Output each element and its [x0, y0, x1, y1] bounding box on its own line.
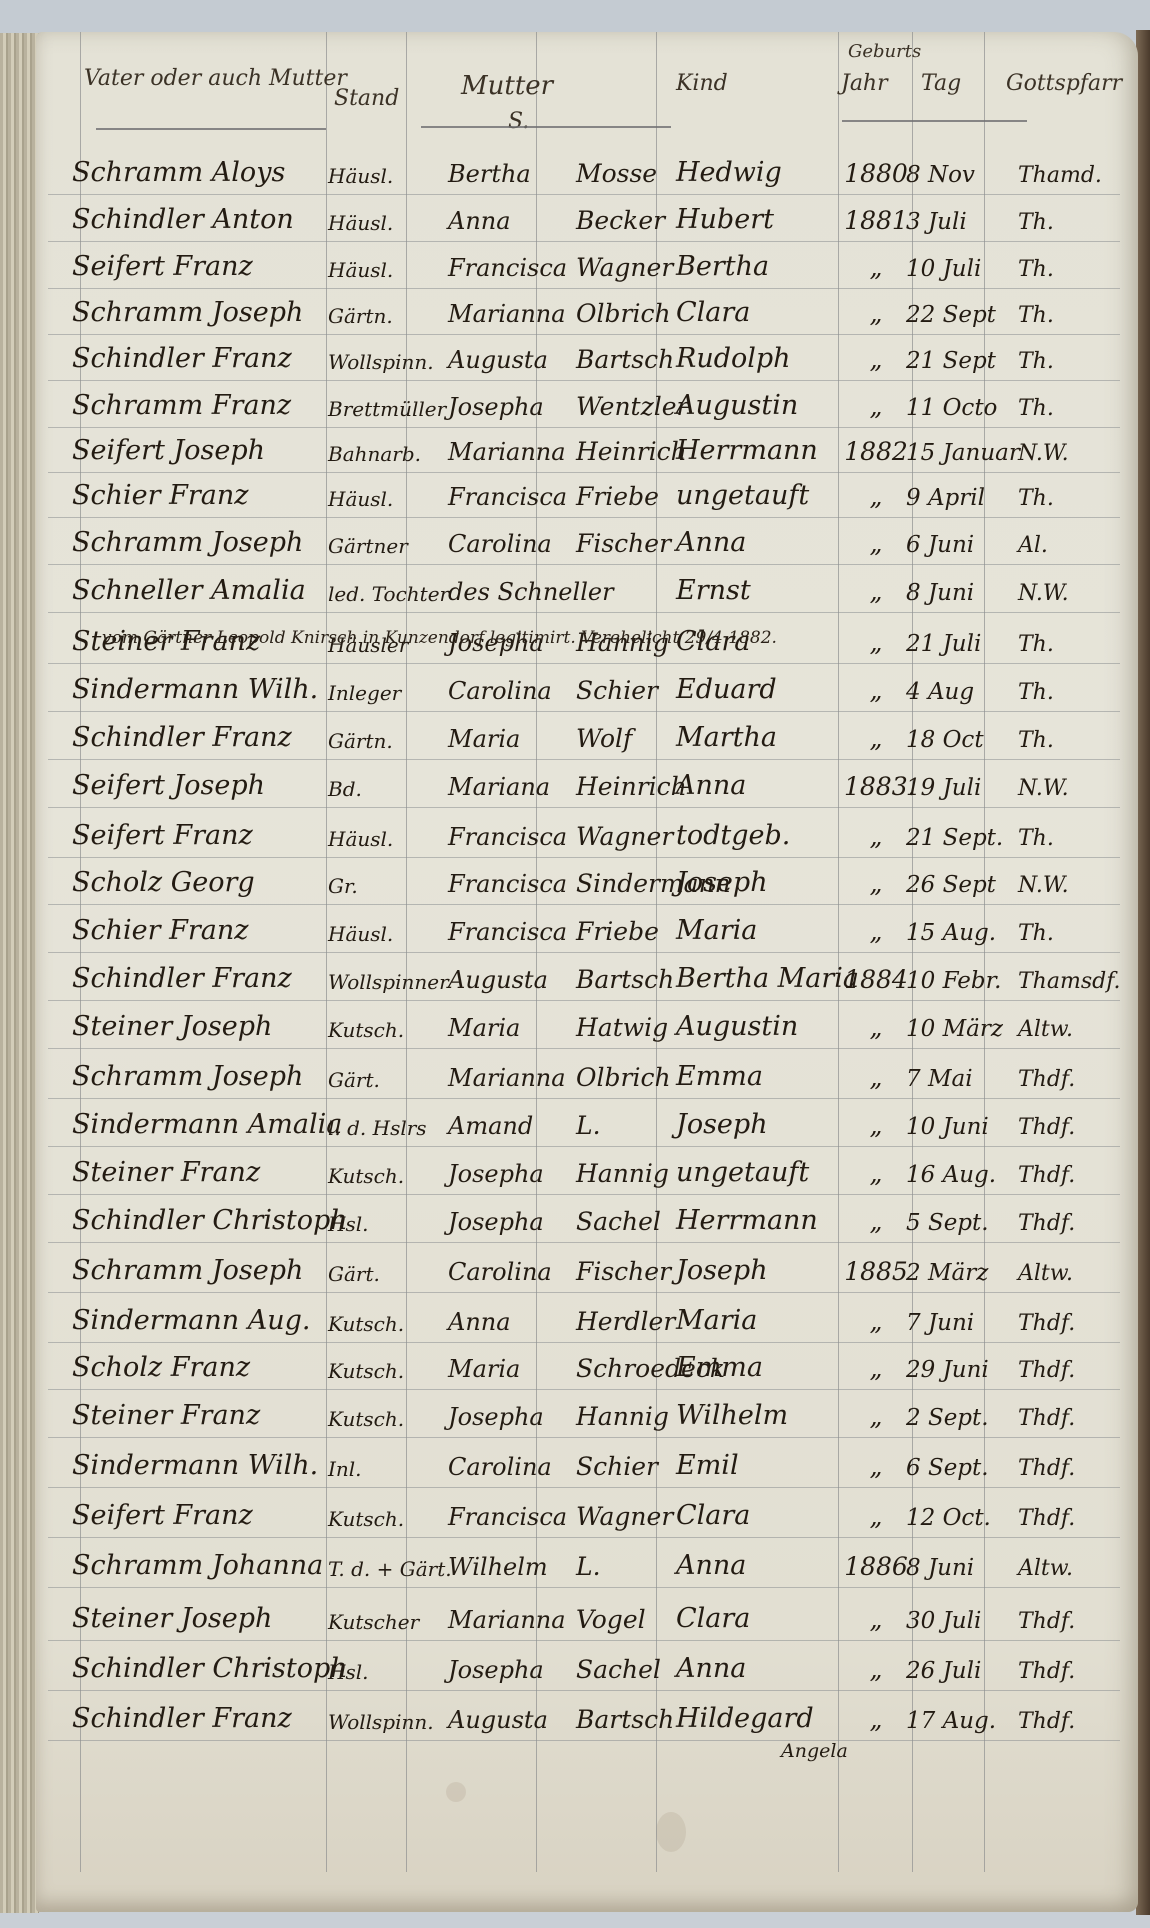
father-name: Steiner Joseph [72, 1011, 362, 1042]
birth-day: 10 Juni [906, 1114, 1026, 1140]
occupation: Gärt. [328, 1262, 438, 1286]
mother-first-name: des Schneller [448, 578, 608, 606]
table-row: Steiner FranzKutsch.JosephaHannigungetau… [36, 1144, 1138, 1196]
birth-year: „ [844, 822, 908, 851]
table-row: Schramm JosephGärt.CarolinaFischerJoseph… [36, 1242, 1138, 1294]
birth-day: 10 Febr. [906, 968, 1026, 994]
godparent-place: Thdf. [1018, 1115, 1128, 1140]
occupation: Wollspinn. [328, 350, 438, 374]
occupation: Gärtn. [328, 729, 438, 753]
godparent-place: N.W. [1018, 776, 1128, 801]
table-row: Schramm JosephGärtnerCarolinaFischerAnna… [36, 514, 1138, 566]
birth-year: 1880 [844, 159, 908, 188]
occupation: Häusl. [328, 211, 438, 235]
birth-day: 9 April [906, 485, 1026, 511]
occupation: Kutscher [328, 1610, 438, 1634]
birth-year: 1881 [844, 206, 908, 235]
birth-year: „ [844, 1207, 908, 1236]
godparent-place: Th. [1018, 349, 1128, 374]
father-name: Steiner Franz [72, 1400, 362, 1431]
table-row: Seifert FranzKutsch.FranciscaWagnerClara… [36, 1487, 1138, 1539]
child-name: Bertha [676, 251, 866, 282]
table-row: Schindler FranzGärtn.MariaWolfMartha„18 … [36, 709, 1138, 761]
birth-day: 7 Mai [906, 1066, 1026, 1092]
birth-day: 30 Juli [906, 1608, 1026, 1634]
father-name: Seifert Franz [72, 251, 362, 282]
occupation: led. Tochter [328, 582, 438, 606]
father-name: Schindler Franz [72, 343, 362, 374]
birth-year: „ [844, 676, 908, 705]
child-name: Hedwig [676, 157, 866, 188]
child-name: Clara [676, 1603, 866, 1634]
birth-year: „ [844, 1307, 908, 1336]
birth-day: 16 Aug. [906, 1162, 1026, 1188]
child-name: Ernst [676, 575, 866, 606]
godparent-place: Thamd. [1018, 163, 1128, 188]
table-row: Schindler AntonHäusl.AnnaBeckerHubert188… [36, 191, 1138, 243]
birth-day: 21 Sept. [906, 825, 1026, 851]
header-rule [842, 120, 1027, 122]
godparent-place: Thdf. [1018, 1406, 1128, 1431]
occupation: Kutsch. [328, 1018, 438, 1042]
table-row: Schindler ChristophHsl.JosephaSachelHerr… [36, 1192, 1138, 1244]
child-name: Joseph [676, 867, 866, 898]
occupation: Kutsch. [328, 1359, 438, 1383]
ruled-line [48, 1587, 1120, 1588]
birth-year: 1886 [844, 1552, 908, 1581]
birth-day: 6 Juni [906, 532, 1026, 558]
table-row: Schramm JosephGärt.MariannaOlbrichEmma„7… [36, 1048, 1138, 1100]
birth-day: 22 Sept [906, 302, 1026, 328]
child-name: Bertha Maria [676, 963, 866, 994]
birth-day: 2 Sept. [906, 1405, 1026, 1431]
child-name: Maria [676, 915, 866, 946]
occupation: Wollspinn. [328, 1710, 438, 1734]
child-name: Herrmann [676, 1205, 866, 1236]
child-name: Anna [676, 527, 866, 558]
father-name: Schindler Christoph [72, 1205, 362, 1236]
table-row: Schneller Amalialed. Tochterdes Schnelle… [36, 562, 1138, 614]
birth-year: 1882 [844, 437, 908, 466]
header-rule [96, 128, 326, 130]
child-name: Augustin [676, 1011, 866, 1042]
godparent-place: Th. [1018, 728, 1128, 753]
occupation: Gärt. [328, 1068, 438, 1092]
birth-day: 7 Juni [906, 1310, 1026, 1336]
table-row: Sindermann Wilh.InlegerCarolinaSchierEdu… [36, 661, 1138, 713]
birth-year: „ [844, 299, 908, 328]
birth-day: 3 Juli [906, 209, 1026, 235]
table-row: Seifert FranzHäusl.FranciscaWagnertodtge… [36, 807, 1138, 859]
paper-stain [446, 1782, 466, 1802]
child-name: Maria [676, 1305, 866, 1336]
child-name: ungetauft [676, 480, 866, 511]
father-name: Schramm Franz [72, 390, 362, 421]
birth-year: „ [844, 917, 908, 946]
father-name: Schramm Joseph [72, 1061, 362, 1092]
birth-day: 21 Juli [906, 631, 1026, 657]
table-row: Scholz FranzKutsch.MariaSchroedeckEmma„2… [36, 1339, 1138, 1391]
birth-year: „ [844, 1705, 908, 1734]
child-name: Augustin [676, 390, 866, 421]
header-godparent: Gottspfarr [1006, 72, 1122, 96]
table-row: Schindler FranzWollspinnerAugustaBartsch… [36, 950, 1138, 1002]
table-row: Schramm JohannaT. d. + Gärt.WilhelmL.Ann… [36, 1537, 1138, 1589]
occupation: Häusl. [328, 922, 438, 946]
child-name: Joseph [676, 1255, 866, 1286]
occupation: Hsl. [328, 1212, 438, 1236]
father-name: Sindermann Wilh. [72, 674, 362, 705]
header-child: Kind [676, 72, 728, 96]
birth-year: „ [844, 1452, 908, 1481]
child-name: Emma [676, 1352, 866, 1383]
header-birth: Geburts [848, 42, 921, 62]
occupation: Kutsch. [328, 1164, 438, 1188]
occupation: Kutsch. [328, 1312, 438, 1336]
birth-day: 15 Aug. [906, 920, 1026, 946]
father-name: Schindler Franz [72, 963, 362, 994]
occupation: l. d. Hslrs [328, 1116, 438, 1140]
occupation: Hsl. [328, 1660, 438, 1684]
birth-year: „ [844, 1655, 908, 1684]
godparent-place: Thdf. [1018, 1659, 1128, 1684]
occupation: Häusl. [328, 827, 438, 851]
godparent-place: N.W. [1018, 873, 1128, 898]
birth-year: 1884 [844, 965, 908, 994]
child-name: Clara [676, 1500, 866, 1531]
table-row: Schramm AloysHäusl.BerthaMosseHedwig1880… [36, 144, 1138, 196]
godparent-place: Thamsdf. [1018, 969, 1128, 994]
father-name: Seifert Franz [72, 1500, 362, 1531]
birth-day: 8 Juni [906, 1555, 1026, 1581]
child-name: Joseph [676, 1109, 866, 1140]
birth-year: 1885 [844, 1257, 908, 1286]
birth-year: „ [844, 392, 908, 421]
birth-day: 2 März [906, 1260, 1026, 1286]
child-name: Rudolph [676, 343, 866, 374]
godparent-place: Th. [1018, 257, 1128, 282]
child-name: Anna [676, 1550, 866, 1581]
birth-year: „ [844, 253, 908, 282]
birth-day: 19 Juli [906, 775, 1026, 801]
godparent-place: Thdf. [1018, 1506, 1128, 1531]
occupation: T. d. + Gärt. [328, 1557, 438, 1581]
table-row: Schier FranzHäusl.FranciscaFriebeungetau… [36, 467, 1138, 519]
father-name: Schier Franz [72, 915, 362, 946]
father-name: Seifert Joseph [72, 770, 362, 801]
birth-year: „ [844, 345, 908, 374]
occupation: Bd. [328, 777, 438, 801]
child-name: Hildegard [676, 1703, 866, 1734]
table-row: Sindermann Wilh.Inl.CarolinaSchierEmil„6… [36, 1437, 1138, 1489]
occupation: Gärtner [328, 534, 438, 558]
birth-day: 8 Nov [906, 162, 1026, 188]
father-name: Scholz Franz [72, 1352, 362, 1383]
godparent-place: Al. [1018, 533, 1128, 558]
father-name: Scholz Georg [72, 867, 362, 898]
godparent-place: Thdf. [1018, 1709, 1128, 1734]
birth-day: 29 Juni [906, 1357, 1026, 1383]
birth-year: „ [844, 1402, 908, 1431]
father-name: Steiner Joseph [72, 1603, 362, 1634]
occupation: Brettmüller [328, 397, 438, 421]
godparent-place: Thdf. [1018, 1211, 1128, 1236]
birth-day: 15 Januar [906, 440, 1026, 466]
occupation: Bahnarb. [328, 442, 438, 466]
book-cover-edge [1136, 30, 1150, 1915]
table-row: Sindermann Amalial. d. HslrsAmandL.Josep… [36, 1096, 1138, 1148]
birth-day: 21 Sept [906, 348, 1026, 374]
birth-year: „ [844, 724, 908, 753]
register-page: Vater oder auch Mutter Stand Mutter S. K… [36, 32, 1138, 1912]
birth-day: 18 Oct [906, 727, 1026, 753]
header-mother-sub: S. [508, 110, 529, 134]
table-row: Seifert FranzHäusl.FranciscaWagnerBertha… [36, 238, 1138, 290]
birth-day: 10 Juli [906, 256, 1026, 282]
father-name: Schier Franz [72, 480, 362, 511]
legitimation-note: vom Gärtner Leopold Knirsch in Kunzendor… [102, 628, 777, 648]
table-row: Steiner JosephKutscherMariannaVogelClara… [36, 1590, 1138, 1642]
table-row: Sindermann Aug.Kutsch.AnnaHerdlerMaria„7… [36, 1292, 1138, 1344]
occupation: Häusl. [328, 258, 438, 282]
godparent-place: Thdf. [1018, 1358, 1128, 1383]
table-row: Schindler FranzWollspinn.AugustaBartschR… [36, 330, 1138, 382]
occupation: Gärtn. [328, 304, 438, 328]
birth-day: 5 Sept. [906, 1210, 1026, 1236]
birth-day: 6 Sept. [906, 1455, 1026, 1481]
father-name: Sindermann Amalia [72, 1109, 362, 1140]
table-row: Steiner JosephKutsch.MariaHatwigAugustin… [36, 998, 1138, 1050]
father-name: Schramm Johanna [72, 1550, 362, 1581]
godparent-place: Th. [1018, 680, 1128, 705]
header-father: Vater oder auch Mutter [84, 67, 347, 91]
father-name: Schramm Joseph [72, 1255, 362, 1286]
godparent-place: Th. [1018, 396, 1128, 421]
birth-year: „ [844, 577, 908, 606]
godparent-place: Th. [1018, 632, 1128, 657]
birth-year: „ [844, 1159, 908, 1188]
father-name: Schramm Aloys [72, 157, 362, 188]
table-row: Schramm JosephGärtn.MariannaOlbrichClara… [36, 284, 1138, 336]
godparent-place: Altw. [1018, 1556, 1128, 1581]
child-name: Anna [676, 770, 866, 801]
birth-year: „ [844, 1013, 908, 1042]
header-status: Stand [334, 87, 399, 111]
header-mother: Mutter [461, 72, 553, 101]
table-row: Schier FranzHäusl.FranciscaFriebeMaria„1… [36, 902, 1138, 954]
birth-year: 1883. [844, 772, 908, 801]
father-name: Schindler Anton [72, 204, 362, 235]
occupation: Inleger [328, 681, 438, 705]
birth-year: „ [844, 482, 908, 511]
godparent-place: Th. [1018, 486, 1128, 511]
godparent-place: Th. [1018, 921, 1128, 946]
table-row: Schindler ChristophHsl.JosephaSachelAnna… [36, 1640, 1138, 1692]
godparent-place: N.W. [1018, 441, 1128, 466]
birth-day: 4 Aug [906, 679, 1026, 705]
godparent-place: Th. [1018, 303, 1128, 328]
table-row: Schindler FranzWollspinn.AugustaBartschH… [36, 1690, 1138, 1742]
child-name-second-line: Angela [781, 1740, 848, 1762]
header-rule [421, 126, 671, 128]
child-name: todtgeb. [676, 820, 866, 851]
father-name: Steiner Franz [72, 1157, 362, 1188]
birth-year: „ [844, 1111, 908, 1140]
father-name: Seifert Franz [72, 820, 362, 851]
godparent-place: Thdf. [1018, 1456, 1128, 1481]
father-name: Schindler Christoph [72, 1653, 362, 1684]
birth-year: „ [844, 869, 908, 898]
father-name: Schindler Franz [72, 722, 362, 753]
header-year: Jahr [841, 72, 888, 96]
header-day: Tag [921, 72, 961, 96]
occupation: Kutsch. [328, 1507, 438, 1531]
godparent-place: N.W. [1018, 581, 1128, 606]
child-name: Wilhelm [676, 1400, 866, 1431]
birth-year: „ [844, 1605, 908, 1634]
table-row: Scholz GeorgGr.FranciscaSindermannJoseph… [36, 854, 1138, 906]
birth-day: 12 Oct. [906, 1505, 1026, 1531]
child-name: ungetauft [676, 1157, 866, 1188]
occupation: Inl. [328, 1457, 438, 1481]
godparent-place: Th. [1018, 826, 1128, 851]
child-name: Herrmann [676, 435, 866, 466]
occupation: Wollspinner [328, 970, 438, 994]
father-name: Schramm Joseph [72, 527, 362, 558]
paper-stain [656, 1812, 686, 1852]
godparent-place: Thdf. [1018, 1163, 1128, 1188]
occupation: Kutsch. [328, 1407, 438, 1431]
father-name: Schindler Franz [72, 1703, 362, 1734]
godparent-place: Thdf. [1018, 1067, 1128, 1092]
birth-year: „ [844, 529, 908, 558]
table-row: Seifert JosephBd.MarianaHeinrichAnna1883… [36, 757, 1138, 809]
child-name: Emil [676, 1450, 866, 1481]
godparent-place: Thdf. [1018, 1311, 1128, 1336]
child-name: Clara [676, 297, 866, 328]
birth-day: 26 Sept [906, 872, 1026, 898]
father-name: Schramm Joseph [72, 297, 362, 328]
birth-day: 26 Juli [906, 1658, 1026, 1684]
father-name: Sindermann Wilh. [72, 1450, 362, 1481]
birth-year: „ [844, 1063, 908, 1092]
child-name: Anna [676, 1653, 866, 1684]
father-name: Seifert Joseph [72, 435, 362, 466]
birth-year: „ [844, 628, 908, 657]
birth-day: 10 März [906, 1016, 1026, 1042]
birth-year: „ [844, 1502, 908, 1531]
child-name: Eduard [676, 674, 866, 705]
godparent-place: Thdf. [1018, 1609, 1128, 1634]
child-name: Hubert [676, 204, 866, 235]
birth-day: 11 Octo [906, 395, 1026, 421]
table-row: Steiner FranzKutsch.JosephaHannigWilhelm… [36, 1387, 1138, 1439]
book-page-edges [0, 33, 39, 1913]
occupation: Häusl. [328, 487, 438, 511]
godparent-place: Th. [1018, 210, 1128, 235]
godparent-place: Altw. [1018, 1017, 1128, 1042]
birth-day: 8 Juni [906, 580, 1026, 606]
ruled-line [48, 1740, 1120, 1741]
father-name: Schneller Amalia [72, 575, 362, 606]
godparent-place: Altw. [1018, 1261, 1128, 1286]
birth-day: 17 Aug. [906, 1708, 1026, 1734]
birth-year: „ [844, 1354, 908, 1383]
father-name: Sindermann Aug. [72, 1305, 362, 1336]
child-name: Martha [676, 722, 866, 753]
child-name: Emma [676, 1061, 866, 1092]
occupation: Häusl. [328, 164, 438, 188]
occupation: Gr. [328, 874, 438, 898]
